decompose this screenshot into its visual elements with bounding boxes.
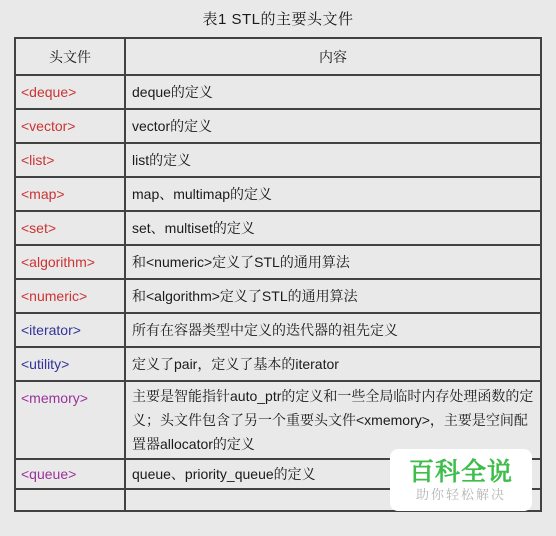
header-file-cell: <queue> (15, 459, 125, 489)
watermark-brand: 百科全说 (409, 458, 513, 486)
table-header-row: 头文件 内容 (15, 38, 541, 75)
header-file-cell: <algorithm> (15, 245, 125, 279)
watermark-tagline: 助你轻松解决 (416, 486, 506, 503)
content-cell: deque的定义 (125, 75, 541, 109)
header-file-cell (15, 489, 125, 511)
header-file-cell: <deque> (15, 75, 125, 109)
table-row: <memory> 主要是智能指针auto_ptr的定义和一些全局临时内存处理函数… (15, 381, 541, 459)
header-file-cell: <list> (15, 143, 125, 177)
header-file-cell: <numeric> (15, 279, 125, 313)
content-cell: 和<algorithm>定义了STL的通用算法 (125, 279, 541, 313)
content-cell: 所有在容器类型中定义的迭代器的祖先定义 (125, 313, 541, 347)
content-cell: 主要是智能指针auto_ptr的定义和一些全局临时内存处理函数的定义；头文件包含… (125, 381, 541, 459)
header-file-cell: <vector> (15, 109, 125, 143)
header-file-column-header: 头文件 (15, 38, 125, 75)
table-row: <vector> vector的定义 (15, 109, 541, 143)
content-column-header: 内容 (125, 38, 541, 75)
content-cell: map、multimap的定义 (125, 177, 541, 211)
table-row: <set> set、multiset的定义 (15, 211, 541, 245)
table-title: 表1 STL的主要头文件 (0, 0, 556, 29)
stl-headers-table: 头文件 内容 <deque> deque的定义 <vector> vector的… (14, 37, 542, 512)
table-row: <numeric> 和<algorithm>定义了STL的通用算法 (15, 279, 541, 313)
table-row: <deque> deque的定义 (15, 75, 541, 109)
content-cell: 定义了pair，定义了基本的iterator (125, 347, 541, 381)
header-file-cell: <memory> (15, 381, 125, 459)
table-row: <list> list的定义 (15, 143, 541, 177)
header-file-cell: <set> (15, 211, 125, 245)
page: { "page": { "background": "#E9E9E9", "bo… (0, 0, 556, 536)
table-row: <map> map、multimap的定义 (15, 177, 541, 211)
watermark-badge: 百科全说 助你轻松解决 (390, 449, 532, 511)
table-row: <utility> 定义了pair，定义了基本的iterator (15, 347, 541, 381)
content-cell: 和<numeric>定义了STL的通用算法 (125, 245, 541, 279)
table-row: <algorithm> 和<numeric>定义了STL的通用算法 (15, 245, 541, 279)
content-cell: set、multiset的定义 (125, 211, 541, 245)
header-file-cell: <map> (15, 177, 125, 211)
content-cell: list的定义 (125, 143, 541, 177)
header-file-cell: <iterator> (15, 313, 125, 347)
table-row: <iterator> 所有在容器类型中定义的迭代器的祖先定义 (15, 313, 541, 347)
content-cell: vector的定义 (125, 109, 541, 143)
header-file-cell: <utility> (15, 347, 125, 381)
